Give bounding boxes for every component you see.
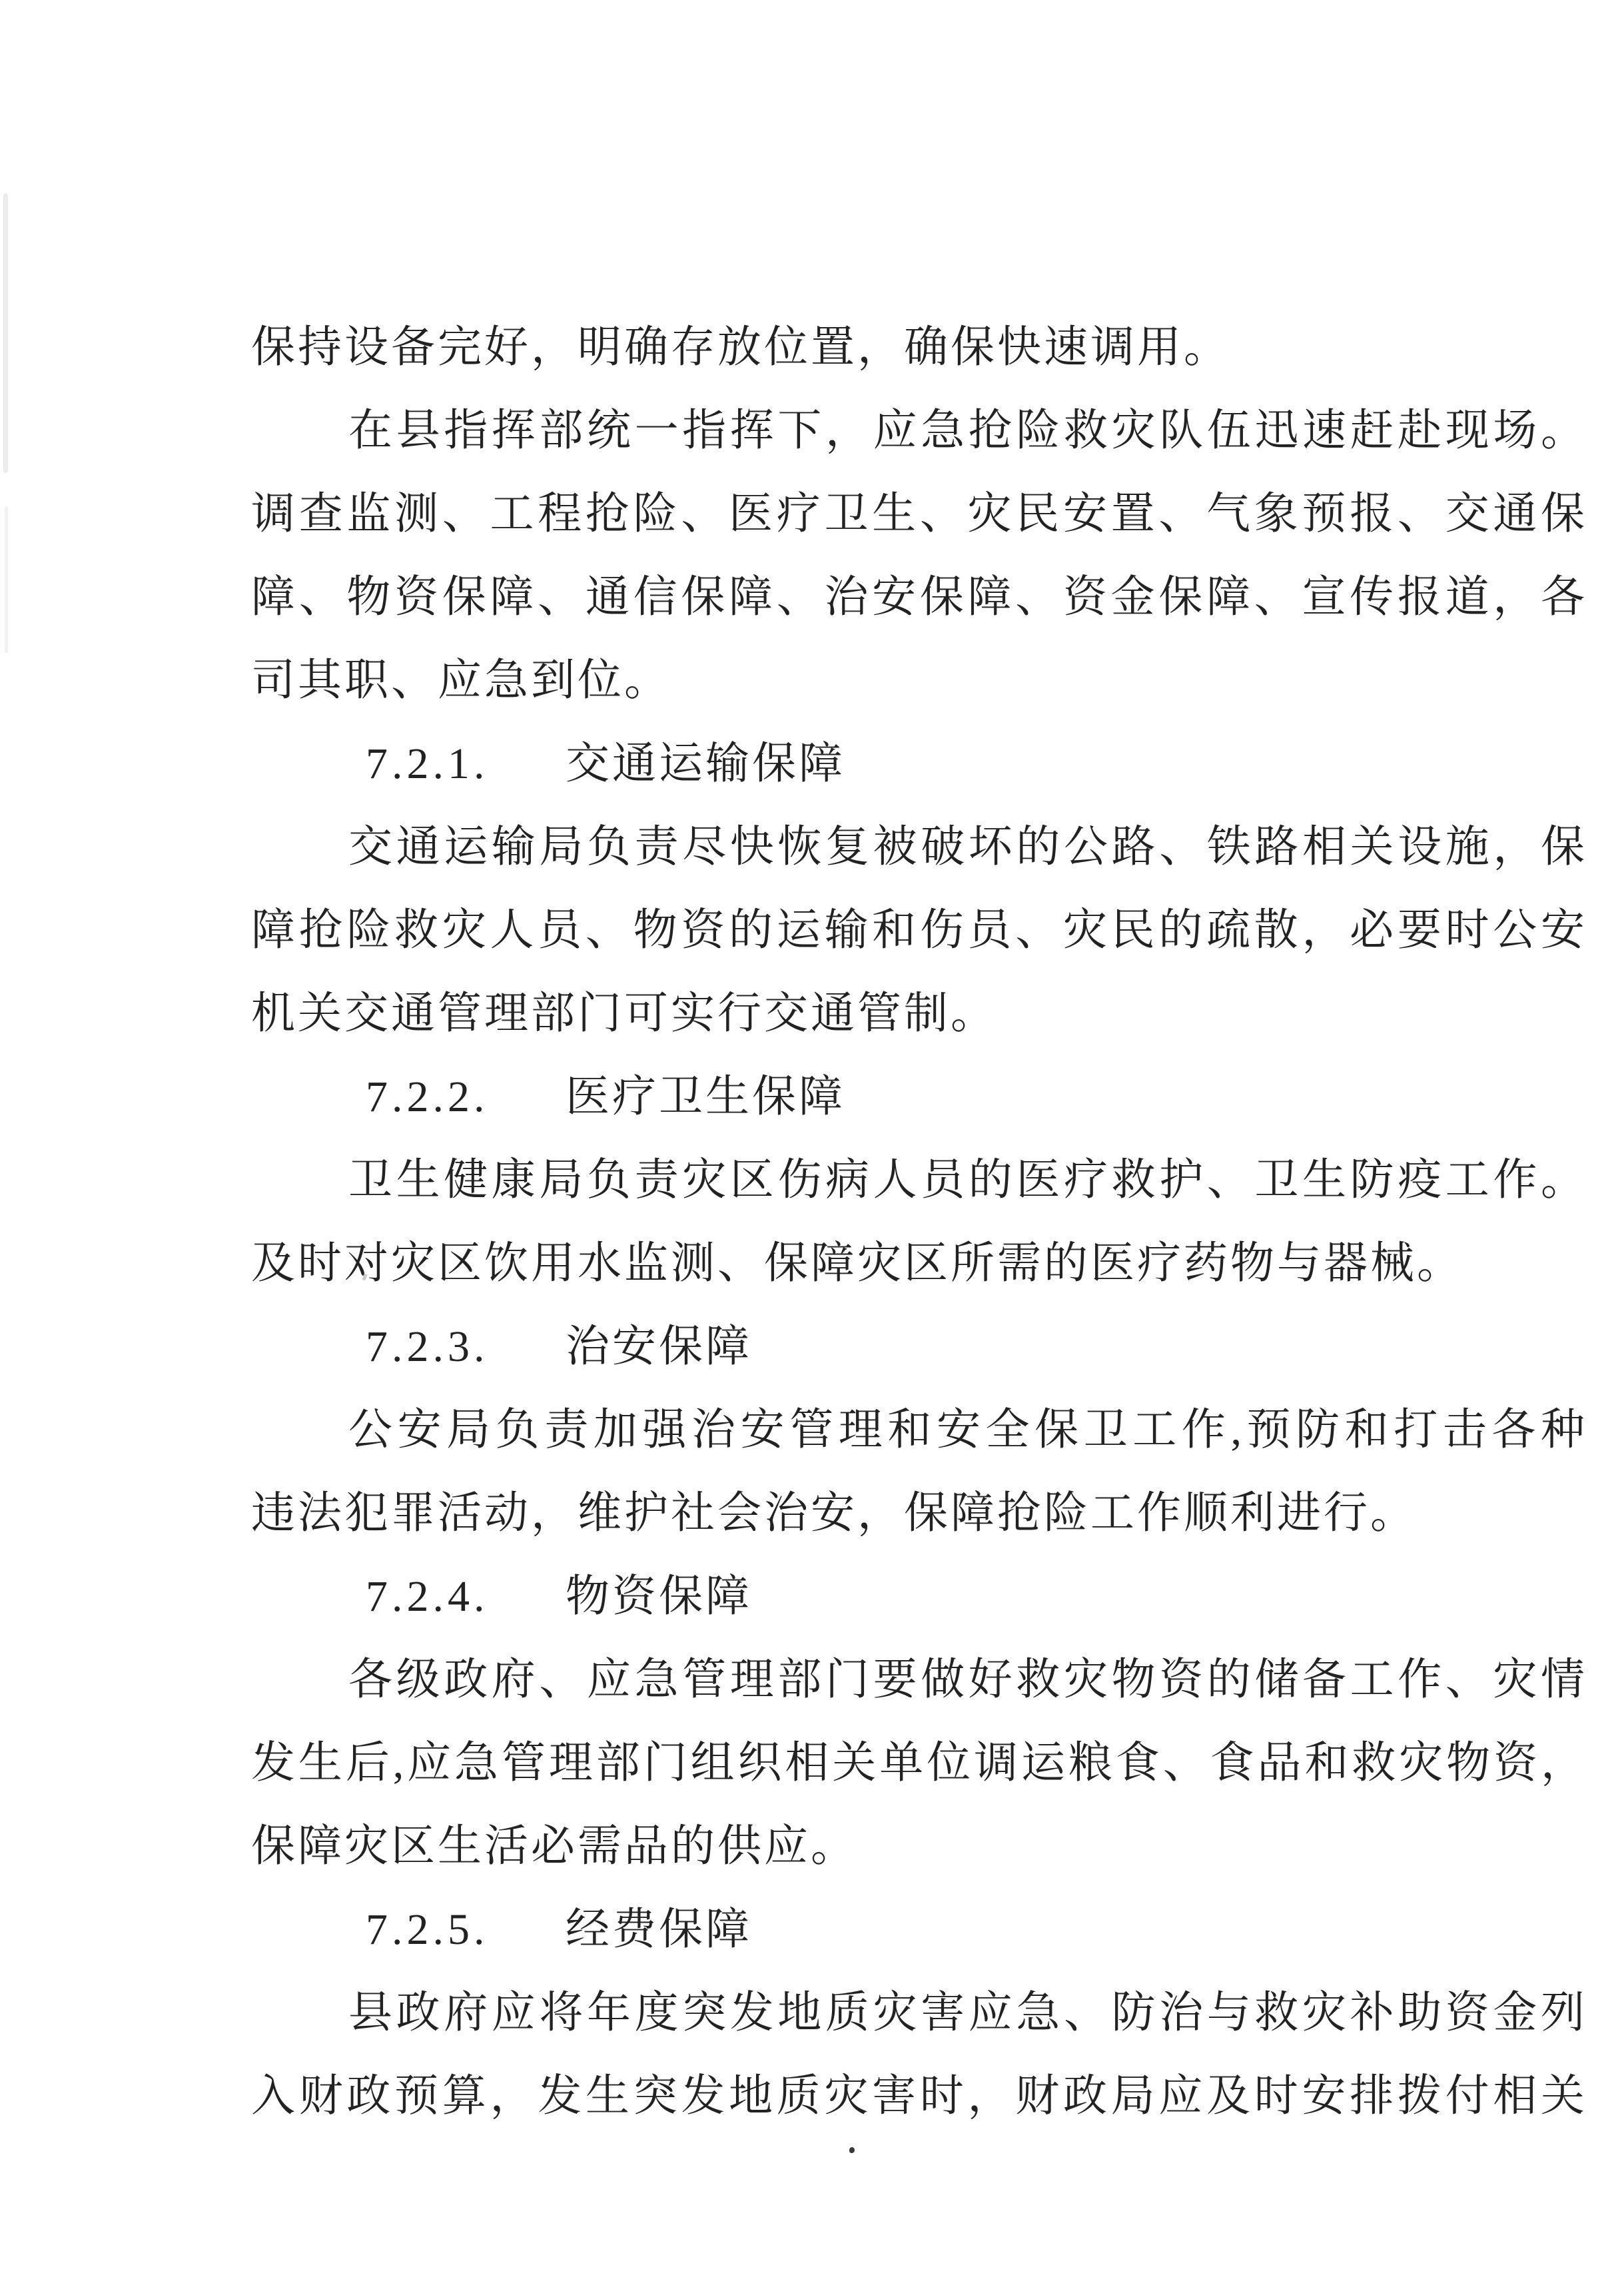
heading-number: 7.2.3. [366, 1305, 566, 1388]
heading-title: 医疗卫生保障 [566, 1073, 845, 1121]
heading-title: 交通运输保障 [566, 739, 845, 788]
text-line: 保持设备完好，明确存放位置，确保快速调用。 [251, 306, 1587, 389]
text-line: 在县指挥部统一指挥下，应急抢险救灾队伍迅速赶赴现场。 [251, 389, 1587, 472]
heading-number: 7.2.2. [366, 1055, 566, 1139]
text-line: 入财政预算，发生突发地质灾害时，财政局应及时安排拨付相关 [251, 2055, 1587, 2138]
text-line: 卫生健康局负责灾区伤病人员的医疗救护、卫生防疫工作。 [251, 1139, 1587, 1222]
section-heading: 7.2.4.物资保障 [251, 1555, 1587, 1638]
heading-number: 7.2.4. [366, 1555, 566, 1638]
heading-number: 7.2.5. [366, 1888, 566, 1971]
document-page: 保持设备完好，明确存放位置，确保快速调用。 在县指挥部统一指挥下，应急抢险救灾队… [0, 0, 1624, 2289]
heading-title: 经费保障 [566, 1905, 752, 1954]
text-line: 及时对灾区饮用水监测、保障灾区所需的医疗药物与器械。 [251, 1222, 1587, 1305]
section-heading: 7.2.3.治安保障 [251, 1305, 1587, 1388]
text-line: 违法犯罪活动，维护社会治安，保障抢险工作顺利进行。 [251, 1472, 1587, 1555]
text-line: 各级政府、应急管理部门要做好救灾物资的储备工作、灾情 [251, 1638, 1587, 1721]
heading-title: 治安保障 [566, 1322, 752, 1371]
text-line: 障、物资保障、通信保障、治安保障、资金保障、宣传报道，各 [251, 556, 1587, 639]
text-line: 司其职、应急到位。 [251, 639, 1587, 722]
text-line: 障抢险救灾人员、物资的运输和伤员、灾民的疏散，必要时公安 [251, 889, 1587, 972]
section-heading: 7.2.1.交通运输保障 [251, 722, 1587, 805]
text-line: 公安局负责加强治安管理和安全保卫工作,预防和打击各种 [251, 1388, 1587, 1472]
text-line: 县政府应将年度突发地质灾害应急、防治与救灾补助资金列 [251, 1971, 1587, 2055]
text-line: 保障灾区生活必需品的供应。 [251, 1805, 1587, 1888]
text-line: 机关交通管理部门可实行交通管制。 [251, 972, 1587, 1055]
scan-artifact-streak [5, 506, 8, 653]
section-heading: 7.2.2.医疗卫生保障 [251, 1055, 1587, 1139]
ink-dot-artifact [849, 2147, 855, 2153]
text-line: 调查监测、工程抢险、医疗卫生、灾民安置、气象预报、交通保 [251, 472, 1587, 556]
text-line: 交通运输局负责尽快恢复被破坏的公路、铁路相关设施，保 [251, 805, 1587, 889]
text-line: 发生后,应急管理部门组织相关单位调运粮食、食品和救灾物资， [251, 1721, 1587, 1805]
heading-title: 物资保障 [566, 1572, 752, 1621]
heading-number: 7.2.1. [366, 722, 566, 805]
scan-artifact-streak [3, 193, 8, 473]
section-heading: 7.2.5.经费保障 [251, 1888, 1587, 1971]
